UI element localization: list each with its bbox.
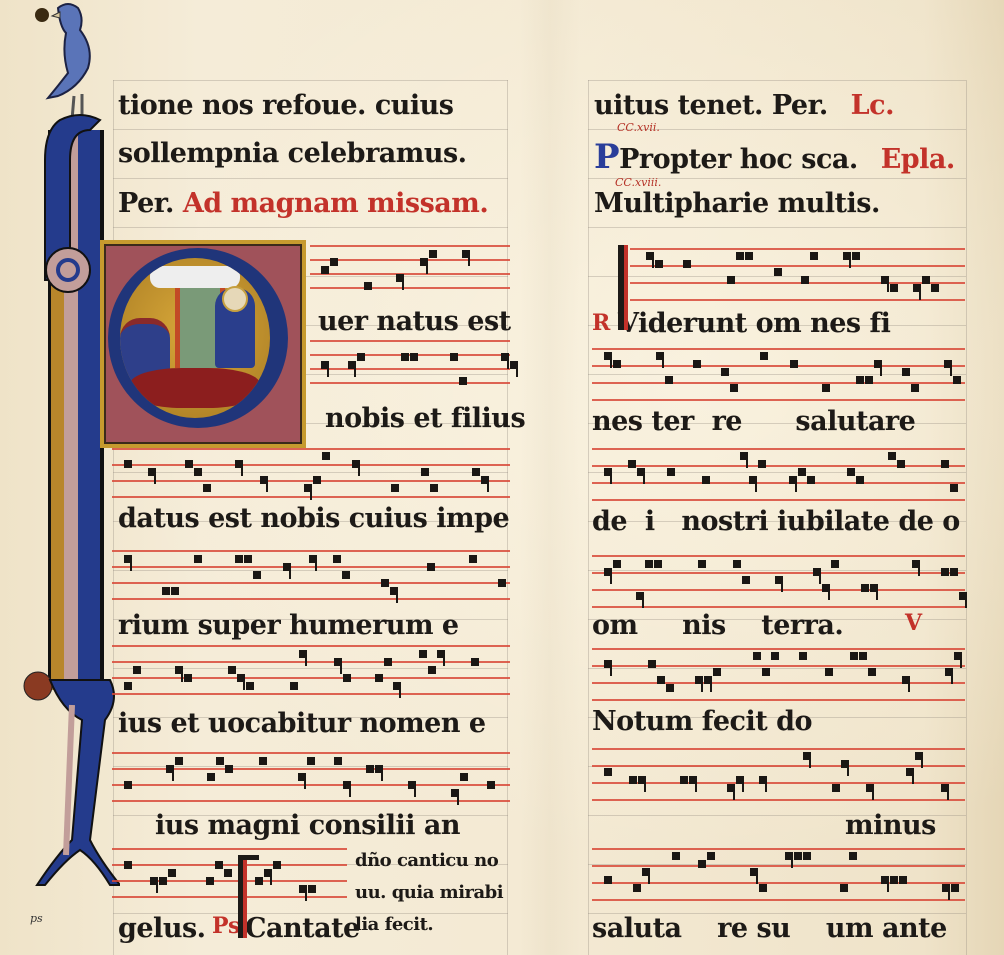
- per-line: Per. Ad magnam missam.: [118, 190, 488, 217]
- neume-note: [459, 377, 467, 385]
- neume-note: [745, 252, 753, 260]
- gutter: [520, 0, 580, 955]
- neume-note: [613, 560, 621, 568]
- neume-note: [133, 666, 141, 674]
- neume-note: [856, 376, 864, 384]
- neume-note: [471, 658, 479, 666]
- neume-note: [727, 276, 735, 284]
- initial-c-cantate: [238, 855, 259, 938]
- neume-note: [801, 276, 809, 284]
- neume-note: [184, 674, 192, 682]
- christ-child-manger: [150, 266, 240, 288]
- neume-note: [680, 776, 688, 784]
- neume-note: [401, 353, 409, 361]
- lyric-line: de i nostri iubilate de o: [592, 508, 960, 535]
- neume-note: [702, 476, 710, 484]
- neume-note: [124, 781, 132, 789]
- neume-note: [742, 576, 750, 584]
- neume-note: [633, 884, 641, 892]
- psalm-line: dño canticu no: [355, 852, 498, 870]
- neume-note: [825, 668, 833, 676]
- text-line: sollempnia celebramus.: [118, 140, 467, 167]
- neume-note: [322, 452, 330, 460]
- neume-note: [381, 579, 389, 587]
- neume-note: [216, 757, 224, 765]
- neume-note: [330, 258, 338, 266]
- neume-note: [774, 268, 782, 276]
- neume-note: [849, 852, 857, 860]
- rubric-lc: Lc.: [851, 90, 894, 121]
- neume-note: [654, 560, 662, 568]
- text-multipharie: Multipharie multis.: [594, 190, 880, 217]
- neume-note: [713, 668, 721, 676]
- per-text: Per.: [118, 188, 174, 219]
- stem-ornament-bottom: [10, 660, 120, 900]
- margin-note: ps: [30, 912, 43, 925]
- neume-note: [762, 668, 770, 676]
- neume-note: [951, 884, 959, 892]
- neume-note: [343, 674, 351, 682]
- lyric-cantate: Cantate: [245, 915, 360, 942]
- verse-rubric: V: [905, 612, 922, 634]
- neume-note: [733, 560, 741, 568]
- neume-note: [840, 884, 848, 892]
- neume-note: [888, 452, 896, 460]
- lyric-line: ius magni consilii an: [155, 812, 460, 839]
- neume-note: [429, 250, 437, 258]
- text-line: PPropter hoc sca. Epla.: [594, 140, 955, 174]
- neume-note: [794, 852, 802, 860]
- nativity-scene: [120, 258, 270, 418]
- neume-note: [655, 260, 663, 268]
- neume-note: [175, 757, 183, 765]
- neume-note: [760, 352, 768, 360]
- neume-note: [235, 555, 243, 563]
- lyric-line: uer natus est: [318, 308, 511, 335]
- neume-note: [721, 368, 729, 376]
- neume-note: [941, 568, 949, 576]
- neume-note: [852, 252, 860, 260]
- neume-note: [206, 877, 214, 885]
- neume-note: [953, 376, 961, 384]
- neume-note: [803, 852, 811, 860]
- respond-rubric: R: [592, 312, 610, 334]
- neume-note: [758, 460, 766, 468]
- lyric-line: nobis et filius: [325, 405, 525, 432]
- neume-note: [430, 484, 438, 492]
- initial-p-blue: P: [594, 137, 619, 177]
- neume-note: [613, 360, 621, 368]
- neume-note: [941, 460, 949, 468]
- neume-note: [856, 476, 864, 484]
- neume-note: [831, 560, 839, 568]
- lyric-line: nes ter re salutare: [592, 408, 915, 435]
- neume-note: [391, 484, 399, 492]
- neume-note: [168, 869, 176, 877]
- bed-coverlet: [130, 368, 260, 408]
- neume-note: [645, 560, 653, 568]
- neume-note: [911, 384, 919, 392]
- joseph-halo: [222, 286, 248, 312]
- staff: [112, 645, 510, 690]
- neume-note: [799, 652, 807, 660]
- neume-note: [790, 360, 798, 368]
- neume-note: [124, 460, 132, 468]
- neume-note: [832, 784, 840, 792]
- neume-note: [810, 252, 818, 260]
- neume-note: [665, 376, 673, 384]
- neume-note: [931, 284, 939, 292]
- neume-note: [162, 587, 170, 595]
- neume-note: [228, 666, 236, 674]
- lyric-line: rium super humerum e: [118, 612, 459, 639]
- neume-note: [419, 650, 427, 658]
- neume-note: [683, 260, 691, 268]
- neume-note: [672, 852, 680, 860]
- neume-note: [384, 658, 392, 666]
- lyric-line: datus est nobis cuius impe: [118, 505, 509, 532]
- neume-note: [259, 757, 267, 765]
- neume-note: [321, 266, 329, 274]
- margin-rule-right: [966, 80, 967, 955]
- neume-note: [730, 384, 738, 392]
- neume-note: [364, 282, 372, 290]
- neume-note: [290, 682, 298, 690]
- rubric-ad-magnam-missam: Ad magnam missam.: [183, 188, 488, 219]
- neume-note: [648, 660, 656, 668]
- psalm-line: lia fecit.: [355, 916, 433, 934]
- neume-note: [698, 560, 706, 568]
- neume-note: [707, 852, 715, 860]
- folio-mark: CC.xviii.: [615, 176, 661, 189]
- text-line: tione nos refoue. cuius: [118, 92, 453, 119]
- neume-note: [771, 652, 779, 660]
- neume-note: [334, 757, 342, 765]
- lyric-line: Notum fecit do: [592, 708, 812, 735]
- neume-note: [357, 353, 365, 361]
- staff: [592, 448, 965, 498]
- neume-note: [253, 571, 261, 579]
- neume-note: [868, 668, 876, 676]
- staff: [310, 245, 510, 290]
- neume-note: [865, 376, 873, 384]
- neume-note: [308, 885, 316, 893]
- neume-note: [628, 460, 636, 468]
- neume-note: [950, 484, 958, 492]
- neume-note: [698, 860, 706, 868]
- initial-v-viderunt: [618, 245, 638, 330]
- neume-note: [897, 460, 905, 468]
- neume-note: [159, 877, 167, 885]
- neume-note: [753, 652, 761, 660]
- neume-note: [850, 652, 858, 660]
- neume-note: [366, 765, 374, 773]
- folio-mark: CC.xvii.: [617, 121, 660, 134]
- text-propter-hoc: Propter hoc sca.: [619, 144, 858, 175]
- neume-note: [498, 579, 506, 587]
- neume-note: [375, 674, 383, 682]
- lyric-line: saluta re su um ante: [592, 915, 947, 942]
- neume-note: [171, 587, 179, 595]
- neume-note: [487, 781, 495, 789]
- neume-note: [667, 468, 675, 476]
- neume-note: [215, 861, 223, 869]
- psalm-line: uu. quia mirabi: [355, 884, 503, 902]
- neume-note: [124, 861, 132, 869]
- neume-note: [194, 468, 202, 476]
- psalm-rubric: Ps: [212, 915, 240, 937]
- rubric-epla: Epla.: [881, 144, 955, 175]
- neume-note: [333, 555, 341, 563]
- neume-note: [124, 682, 132, 690]
- neume-note: [899, 876, 907, 884]
- neume-note: [950, 568, 958, 576]
- neume-note: [313, 476, 321, 484]
- neume-note: [460, 773, 468, 781]
- neume-note: [807, 476, 815, 484]
- neume-note: [450, 353, 458, 361]
- neume-note: [342, 571, 350, 579]
- neume-note: [759, 884, 767, 892]
- neume-note: [421, 468, 429, 476]
- margin-rule-right-col: [588, 80, 589, 955]
- neume-note: [203, 484, 211, 492]
- neume-note: [902, 368, 910, 376]
- lyric-line: om nis terra.: [592, 612, 843, 639]
- neume-note: [861, 584, 869, 592]
- neume-note: [472, 468, 480, 476]
- neume-note: [224, 869, 232, 877]
- lyric-line: Viderunt om nes fi: [618, 310, 890, 337]
- neume-note: [410, 353, 418, 361]
- lyric-line: minus: [845, 812, 936, 839]
- neume-note: [604, 876, 612, 884]
- staff: [310, 340, 510, 385]
- text-line: uitus tenet. Per. Lc.: [594, 92, 894, 119]
- staff: [112, 848, 347, 908]
- neume-note: [307, 757, 315, 765]
- neume-note: [847, 468, 855, 476]
- neume-note: [428, 666, 436, 674]
- neume-note: [207, 773, 215, 781]
- neume-note: [922, 276, 930, 284]
- neume-note: [469, 555, 477, 563]
- neume-note: [246, 682, 254, 690]
- neume-note: [629, 776, 637, 784]
- lyric-gelus: gelus.: [118, 915, 206, 942]
- neume-note: [194, 555, 202, 563]
- text-uitus-tenet: uitus tenet. Per.: [594, 90, 828, 121]
- neume-note: [255, 877, 263, 885]
- neume-note: [666, 684, 674, 692]
- neume-note: [859, 652, 867, 660]
- neume-note: [604, 768, 612, 776]
- neume-note: [693, 360, 701, 368]
- neume-note: [273, 861, 281, 869]
- neume-note: [427, 563, 435, 571]
- neume-note: [822, 384, 830, 392]
- neume-note: [736, 252, 744, 260]
- neume-note: [657, 676, 665, 684]
- neume-note: [798, 468, 806, 476]
- neume-note: [244, 555, 252, 563]
- neume-note: [225, 765, 233, 773]
- neume-note: [890, 876, 898, 884]
- lyric-line: ius et uocabitur nomen e: [118, 710, 486, 737]
- neume-note: [890, 284, 898, 292]
- neume-note: [185, 460, 193, 468]
